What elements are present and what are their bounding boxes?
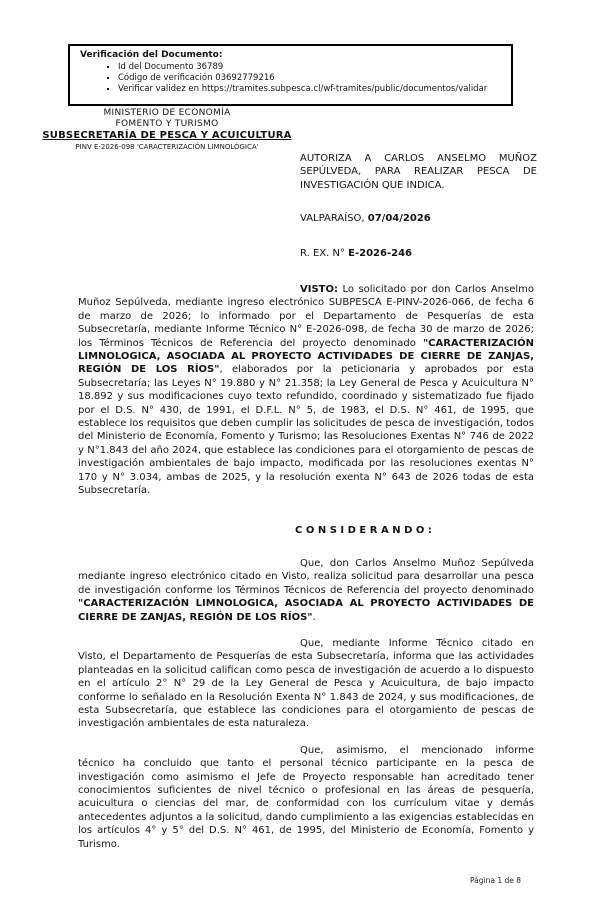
verification-title: Verificación del Documento:	[80, 50, 503, 61]
document-page: Verificación del Documento: Id del Docum…	[0, 0, 600, 918]
city-label: VALPARAÍSO,	[300, 213, 368, 224]
visto-paragraph: VISTO: Lo solicitado por don Carlos Anse…	[78, 283, 534, 498]
resolution-number-line: R. EX. N° E-2026-246	[300, 248, 412, 259]
verification-item: Verificar validez en https://tramites.su…	[118, 84, 503, 95]
subsecretaria-title: SUBSECRETARÍA DE PESCA Y ACUICULTURA	[30, 130, 304, 142]
page-number: Página 1 de 8	[470, 876, 521, 885]
verification-item: Código de verificación 03692779216	[118, 73, 503, 84]
resolution-number: E-2026-246	[348, 248, 412, 259]
document-body: VISTO: Lo solicitado por don Carlos Anse…	[78, 283, 534, 864]
considerando-paragraph-1: Que, don Carlos Anselmo Muñoz Sepúlveda …	[78, 557, 534, 624]
verification-item: Id del Documento 36789	[118, 62, 503, 73]
verification-box: Verificación del Documento: Id del Docum…	[68, 44, 513, 106]
considerando-heading: CONSIDERANDO:	[295, 524, 534, 537]
ministry-header: MINISTERIO DE ECONOMÍA FOMENTO Y TURISMO…	[30, 108, 304, 152]
project-reference: PINV E-2026-098 'CARACTERIZACIÓN LIMNOLÓ…	[30, 143, 304, 152]
verification-list: Id del Documento 36789Código de verifica…	[80, 62, 503, 95]
resolution-prefix: R. EX. N°	[300, 248, 348, 259]
ministry-line-1: MINISTERIO DE ECONOMÍA	[30, 108, 304, 119]
considerando-paragraph-3: Que, asimismo, el mencionado informe téc…	[78, 744, 534, 851]
subject-block: AUTORIZA A CARLOS ANSELMO MUÑOZ SEPÚLVED…	[300, 152, 537, 192]
ministry-line-2: FOMENTO Y TURISMO	[30, 119, 304, 130]
considerando-paragraph-2: Que, mediante Informe Técnico citado en …	[78, 637, 534, 731]
place-date-line: VALPARAÍSO, 07/04/2026	[300, 213, 431, 224]
document-date: 07/04/2026	[368, 213, 431, 224]
